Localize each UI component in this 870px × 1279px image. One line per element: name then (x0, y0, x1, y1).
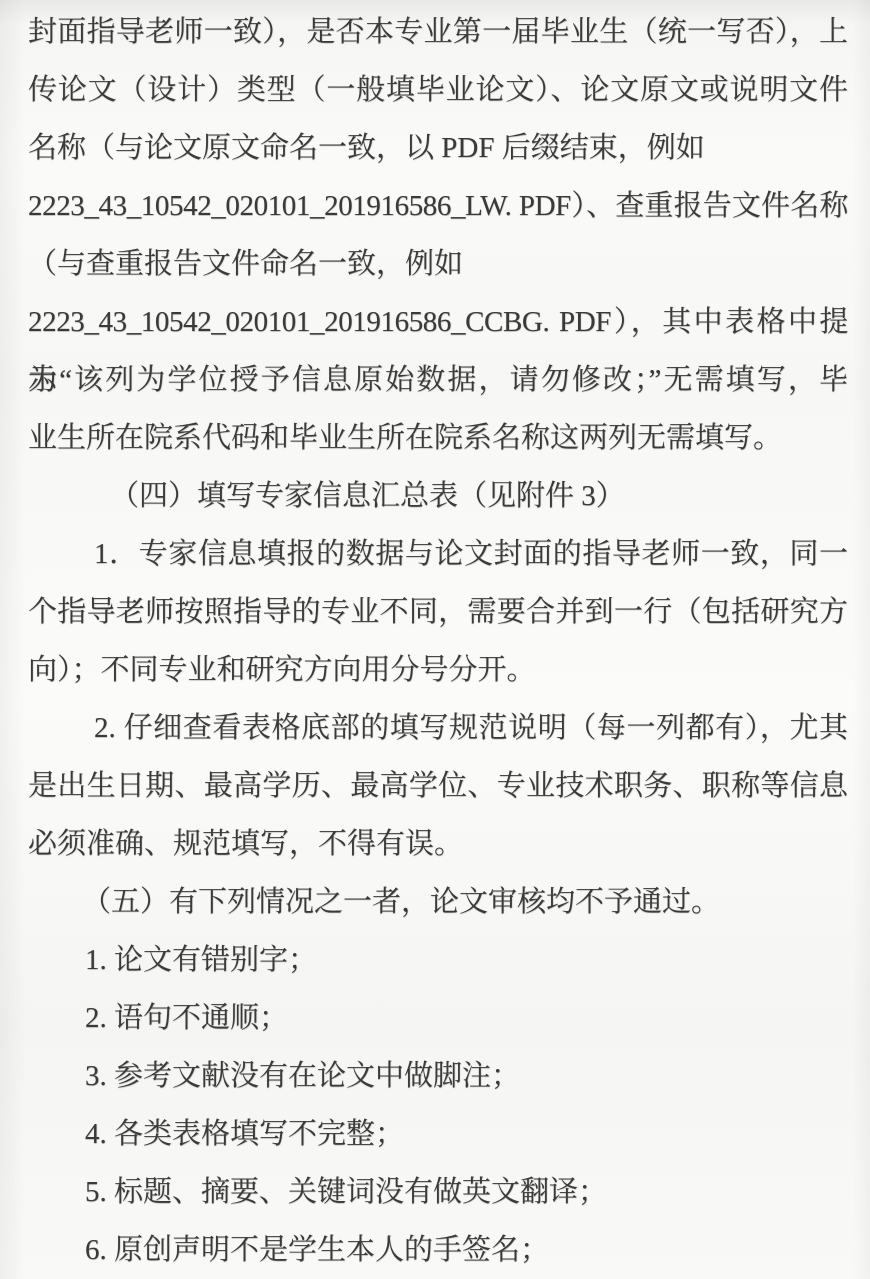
list-item-line: 5. 标题、摘要、关键词没有做英文翻译； (28, 1163, 848, 1221)
list-item-line: 6. 原创声明不是学生本人的手签名； (28, 1221, 848, 1279)
text-line: 传论文（设计）类型（一般填毕业论文）、论文原文或说明文件 (28, 61, 848, 119)
text-line: 是出生日期、最高学历、最高学位、专业技术职务、职称等信息 (28, 757, 848, 815)
text-line: 向）；不同专业和研究方向用分号分开。 (28, 641, 848, 699)
list-item-line: 4. 各类表格填写不完整； (28, 1105, 848, 1163)
text-line-filename: 2223_43_10542_020101_201916586_LW. PDF）、… (28, 177, 848, 235)
text-line: 1．专家信息填报的数据与论文封面的指导老师一致，同一 (28, 525, 848, 583)
list-item-line: 3. 参考文献没有在论文中做脚注； (28, 1047, 848, 1105)
text-line: 必须准确、规范填写，不得有误。 (28, 815, 848, 873)
text-line: 封面指导老师一致），是否本专业第一届毕业生（统一写否），上 (28, 3, 848, 61)
text-line: 名称（与论文原文命名一致，以 PDF 后缀结束，例如 (28, 119, 848, 177)
text-line: 业生所在院系代码和毕业生所在院系名称这两列无需填写。 (28, 409, 848, 467)
text-line: 个指导老师按照指导的专业不同，需要合并到一行（包括研究方 (28, 583, 848, 641)
section-heading-line: （四）填写专家信息汇总表（见附件 3） (28, 467, 848, 525)
text-line: 2. 仔细查看表格底部的填写规范说明（每一列都有），尤其 (28, 699, 848, 757)
section-heading-line: （五）有下列情况之一者，论文审核均不予通过。 (28, 873, 848, 931)
document-page: 封面指导老师一致），是否本专业第一届毕业生（统一写否），上 传论文（设计）类型（… (0, 0, 870, 1279)
text-line-filename: 2223_43_10542_020101_201916586_CCBG. PDF… (28, 293, 848, 351)
list-item-line: 2. 语句不通顺； (28, 989, 848, 1047)
list-item-line: 1. 论文有错别字； (28, 931, 848, 989)
text-line: （与查重报告文件命名一致，例如 (28, 235, 848, 293)
text-line: 为“该列为学位授予信息原始数据，请勿修改；”无需填写，毕 (28, 351, 848, 409)
